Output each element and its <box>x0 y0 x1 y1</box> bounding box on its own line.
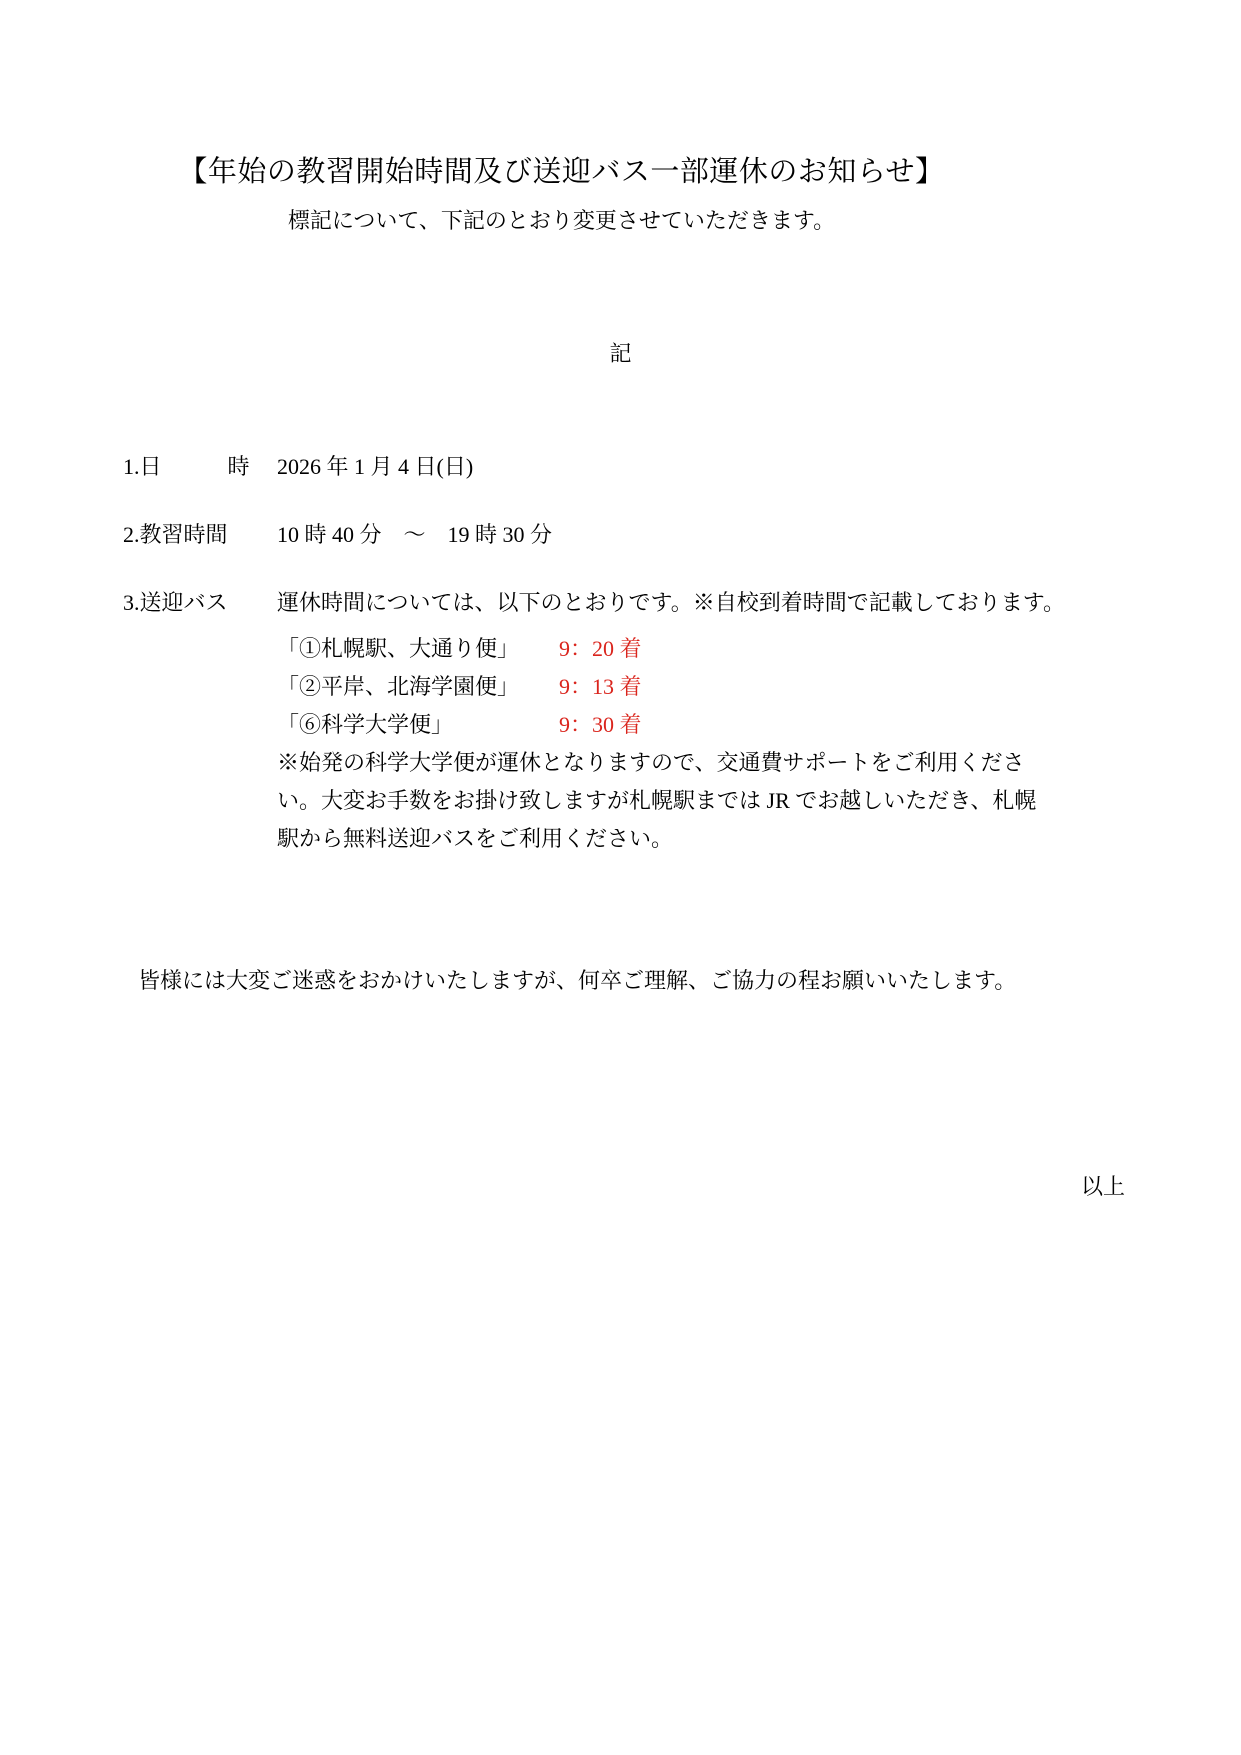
item-training-hours: 2.教習時間 10 時 40 分 ～ 19 時 30 分 <box>123 520 1133 550</box>
bus-line-name: 「①札幌駅、大通り便」 <box>277 630 559 668</box>
item-training-hours-label: 2.教習時間 <box>123 520 277 550</box>
bus-line-sapporo-odori: 「①札幌駅、大通り便」 9：20 着 <box>277 630 1133 668</box>
shuttle-bus-intro: 運休時間については、以下のとおりです。※自校到着時間で記載しております。 <box>277 588 1133 618</box>
item-date-label: 1.日 時 <box>123 452 277 482</box>
item-shuttle-bus-label: 3.送迎バス <box>123 588 277 618</box>
doc-subtitle: 標記について、下記のとおり変更させていただきます。 <box>123 205 1000 237</box>
item-shuttle-bus: 3.送迎バス 運休時間については、以下のとおりです。※自校到着時間で記載しており… <box>123 588 1133 858</box>
closing-apology: 皆様には大変ご迷惑をおかけいたしますが、何卒ご理解、ご協力の程お願いいたします。 <box>138 965 1016 997</box>
item-shuttle-bus-content: 運休時間については、以下のとおりです。※自校到着時間で記載しております。 「①札… <box>277 588 1133 858</box>
notice-document: 【年始の教習開始時間及び送迎バス一部運休のお知らせ】 標記について、下記のとおり… <box>0 0 1241 1755</box>
notice-items: 1.日 時 2026 年 1 月 4 日(日) 2.教習時間 10 時 40 分… <box>123 452 1133 896</box>
shuttle-bus-note-line-2: い。大変お手数をお掛け致しますが札幌駅までは JR でお越しいただき、札幌 <box>277 782 1133 820</box>
bus-arrival-time: 9：13 着 <box>559 668 642 706</box>
item-date: 1.日 時 2026 年 1 月 4 日(日) <box>123 452 1133 482</box>
shuttle-bus-note-line-3: 駅から無料送迎バスをご利用ください。 <box>277 820 1133 858</box>
shuttle-bus-note-line-1: ※始発の科学大学便が運休となりますので、交通費サポートをご利用くださ <box>277 744 1133 782</box>
item-training-hours-value: 10 時 40 分 ～ 19 時 30 分 <box>277 520 1133 550</box>
record-marker: 記 <box>123 339 1118 369</box>
bus-line-name: 「⑥科学大学便」 <box>277 706 559 744</box>
item-date-value: 2026 年 1 月 4 日(日) <box>277 452 1133 482</box>
sign-off: 以上 <box>1081 1172 1125 1202</box>
bus-arrival-time: 9：20 着 <box>559 630 642 668</box>
bus-line-kagakudaigaku: 「⑥科学大学便」 9：30 着 <box>277 706 1133 744</box>
bus-line-name: 「②平岸、北海学園便」 <box>277 668 559 706</box>
page-title: 【年始の教習開始時間及び送迎バス一部運休のお知らせ】 <box>123 150 1000 194</box>
bus-arrival-time: 9：30 着 <box>559 706 642 744</box>
bus-line-hiragishi-hokkaigakuen: 「②平岸、北海学園便」 9：13 着 <box>277 668 1133 706</box>
